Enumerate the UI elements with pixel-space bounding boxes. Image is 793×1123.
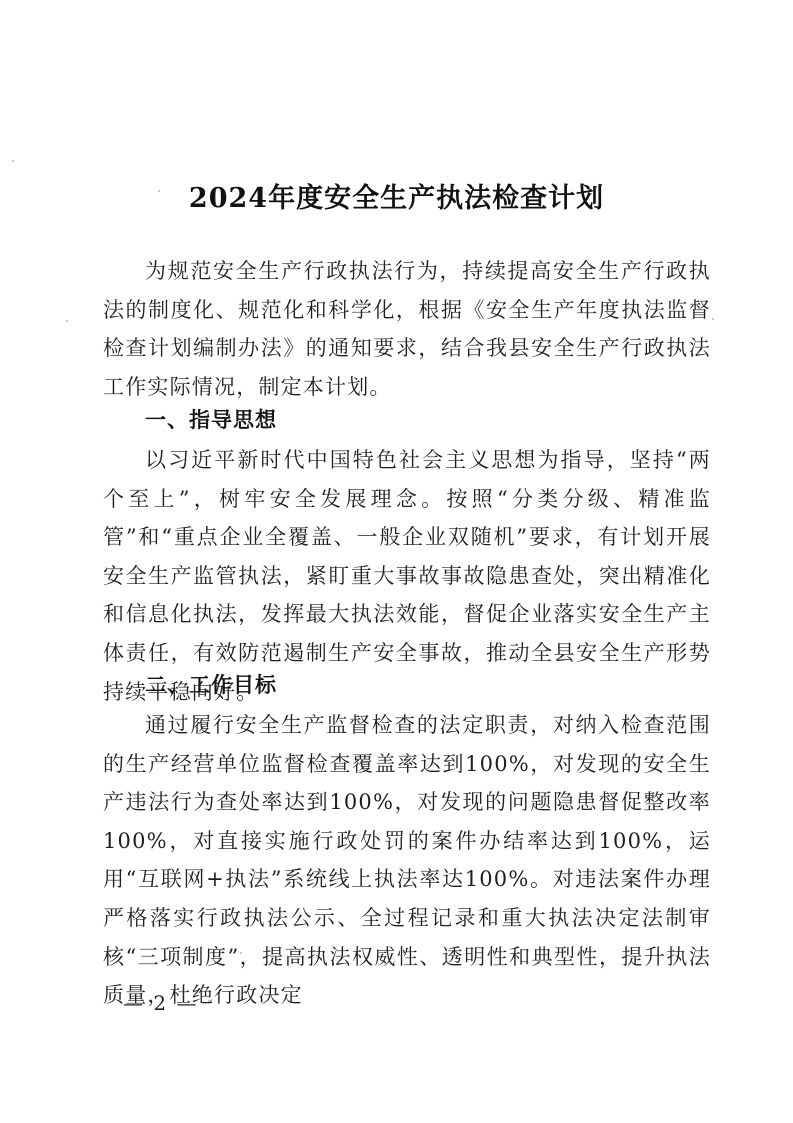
page-number: — 2 — — [123, 991, 198, 1015]
intro-paragraph: 为规范安全生产行政执法行为，持续提高安全生产行政执法的制度化、规范化和科学化，根… — [103, 252, 711, 406]
section-body-work-goals: 通过履行安全生产监督检查的法定职责，对纳入检查范围的生产经营单位监督检查覆盖率达… — [103, 706, 711, 1015]
scan-speck — [712, 318, 714, 320]
document-page: 2024年度安全生产执法检查计划 为规范安全生产行政执法行为，持续提高安全生产行… — [0, 0, 793, 1123]
section-heading-guiding-ideology: 一、指导思想 — [145, 404, 277, 434]
scan-speck — [12, 160, 14, 162]
scan-speck — [66, 320, 68, 322]
document-title: 2024年度安全生产执法检查计划 — [0, 176, 793, 215]
section-heading-work-goals: 二、工作目标 — [145, 669, 277, 699]
